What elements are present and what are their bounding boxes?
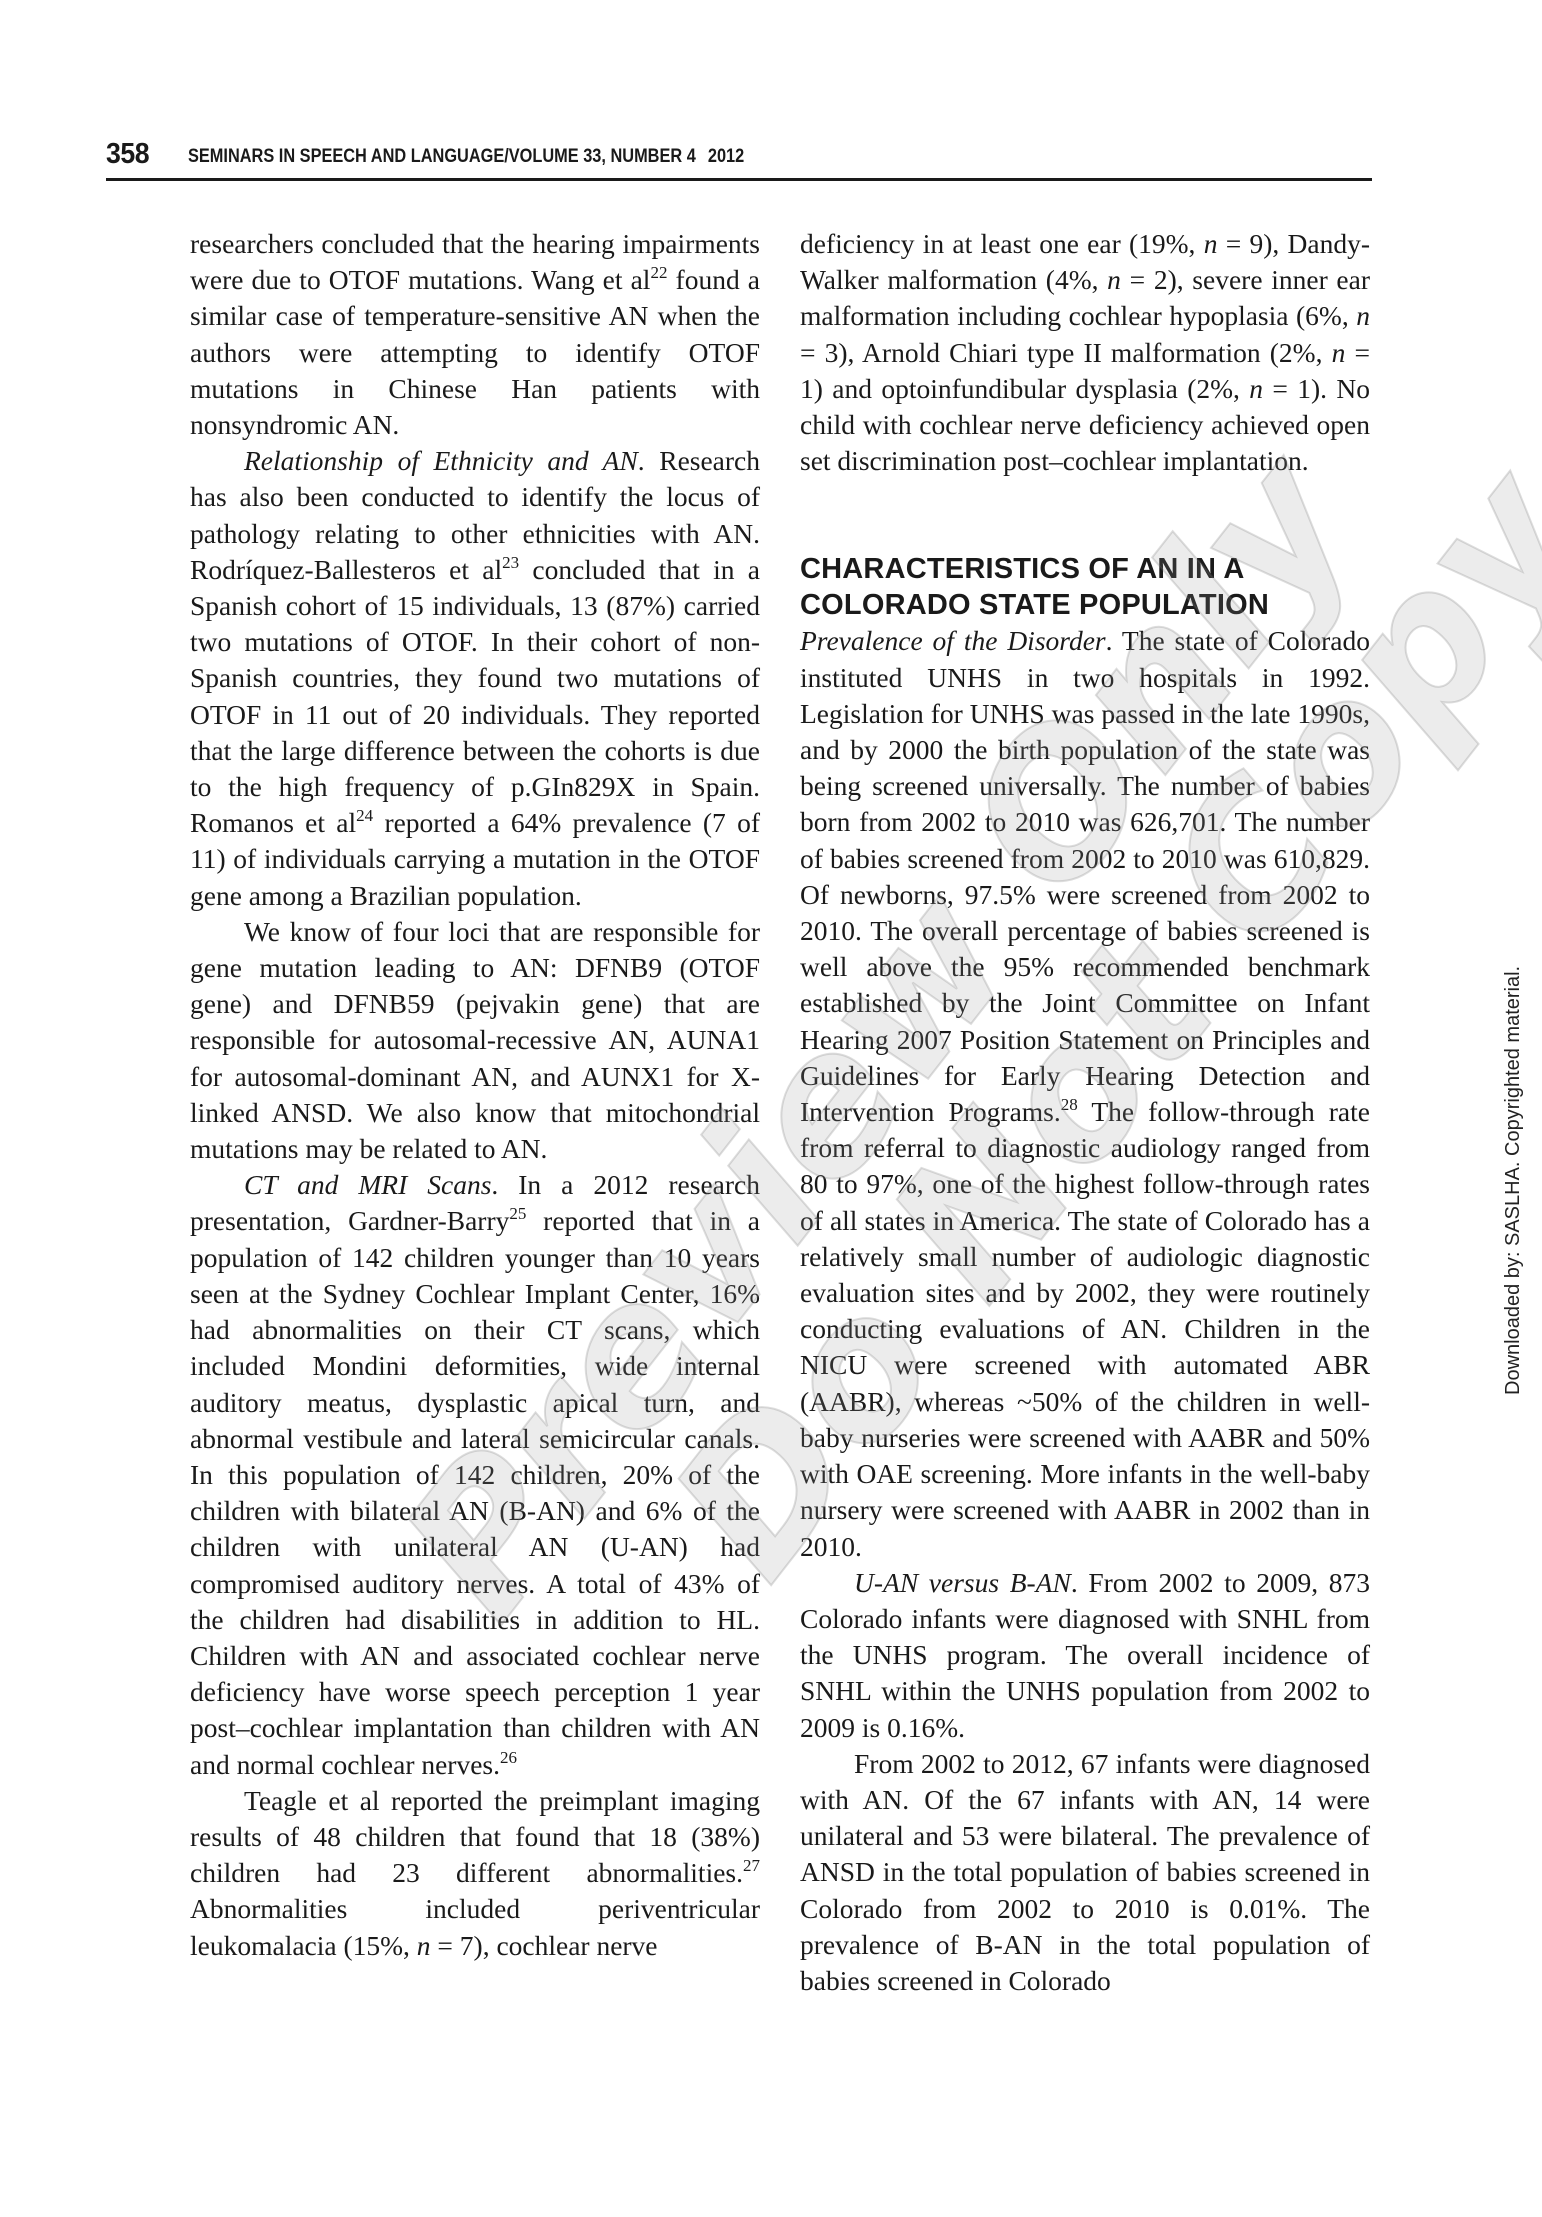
text: = 7), cochlear nerve <box>431 1930 658 1961</box>
paragraph: deficiency in at least one ear (19%, n =… <box>800 226 1370 479</box>
text: . The state of Colorado instituted UNHS … <box>800 625 1370 1127</box>
paragraph: Relationship of Ethnicity and AN. Resear… <box>190 443 760 914</box>
running-header: 358 SEMINARS IN SPEECH AND LANGUAGE/VOLU… <box>106 138 1372 182</box>
page-number: 358 <box>106 138 149 171</box>
run-in-heading: CT and MRI Scans <box>244 1169 491 1200</box>
text: Teagle et al reported the preimplant ima… <box>190 1785 760 1888</box>
text: concluded that in a Spanish cohort of 15… <box>190 554 760 838</box>
paragraph: Teagle et al reported the preimplant ima… <box>190 1783 760 1964</box>
text: The follow-through rate from referral to… <box>800 1096 1370 1561</box>
paragraph: From 2002 to 2012, 67 infants were diagn… <box>800 1746 1370 1999</box>
paragraph: U-AN versus B-AN. From 2002 to 2009, 873… <box>800 1565 1370 1746</box>
text: reported that in a population of 142 chi… <box>190 1205 760 1779</box>
paragraph: CT and MRI Scans. In a 2012 research pre… <box>190 1167 760 1782</box>
journal-title: SEMINARS IN SPEECH AND LANGUAGE/VOLUME 3… <box>188 146 744 168</box>
paragraph: researchers concluded that the hearing i… <box>190 226 760 443</box>
right-column: deficiency in at least one ear (19%, n =… <box>800 226 1370 1999</box>
citation-ref: 28 <box>1061 1095 1078 1114</box>
run-in-heading: Relationship of Ethnicity and AN <box>244 445 638 476</box>
paragraph: Prevalence of the Disorder. The state of… <box>800 623 1370 1564</box>
variable-n: n <box>1356 300 1370 331</box>
citation-ref: 22 <box>650 263 667 282</box>
text: deficiency in at least one ear (19%, <box>800 228 1204 259</box>
run-in-heading: Prevalence of the Disorder <box>800 625 1106 656</box>
citation-ref: 25 <box>509 1204 526 1223</box>
text: = 3), Arnold Chiari type II malformation… <box>800 337 1332 368</box>
citation-ref: 23 <box>502 553 519 572</box>
download-notice: Downloaded by: SASLHA. Copyrighted mater… <box>1502 775 1525 1395</box>
left-column: researchers concluded that the hearing i… <box>190 226 760 1964</box>
variable-n: n <box>1204 228 1218 259</box>
header-rule <box>106 178 1372 181</box>
variable-n: n <box>1332 337 1346 368</box>
journal-year: 2012 <box>708 146 744 167</box>
citation-ref: 26 <box>500 1748 517 1767</box>
run-in-heading: U-AN versus B-AN <box>854 1567 1071 1598</box>
variable-n: n <box>1249 373 1263 404</box>
section-heading: CHARACTERISTICS OF AN IN A COLORADO STAT… <box>800 551 1370 623</box>
citation-ref: 24 <box>356 806 373 825</box>
variable-n: n <box>417 1930 431 1961</box>
citation-ref: 27 <box>743 1856 760 1875</box>
journal-name: SEMINARS IN SPEECH AND LANGUAGE/VOLUME 3… <box>188 146 696 167</box>
variable-n: n <box>1107 264 1121 295</box>
paragraph: We know of four loci that are responsibl… <box>190 914 760 1167</box>
